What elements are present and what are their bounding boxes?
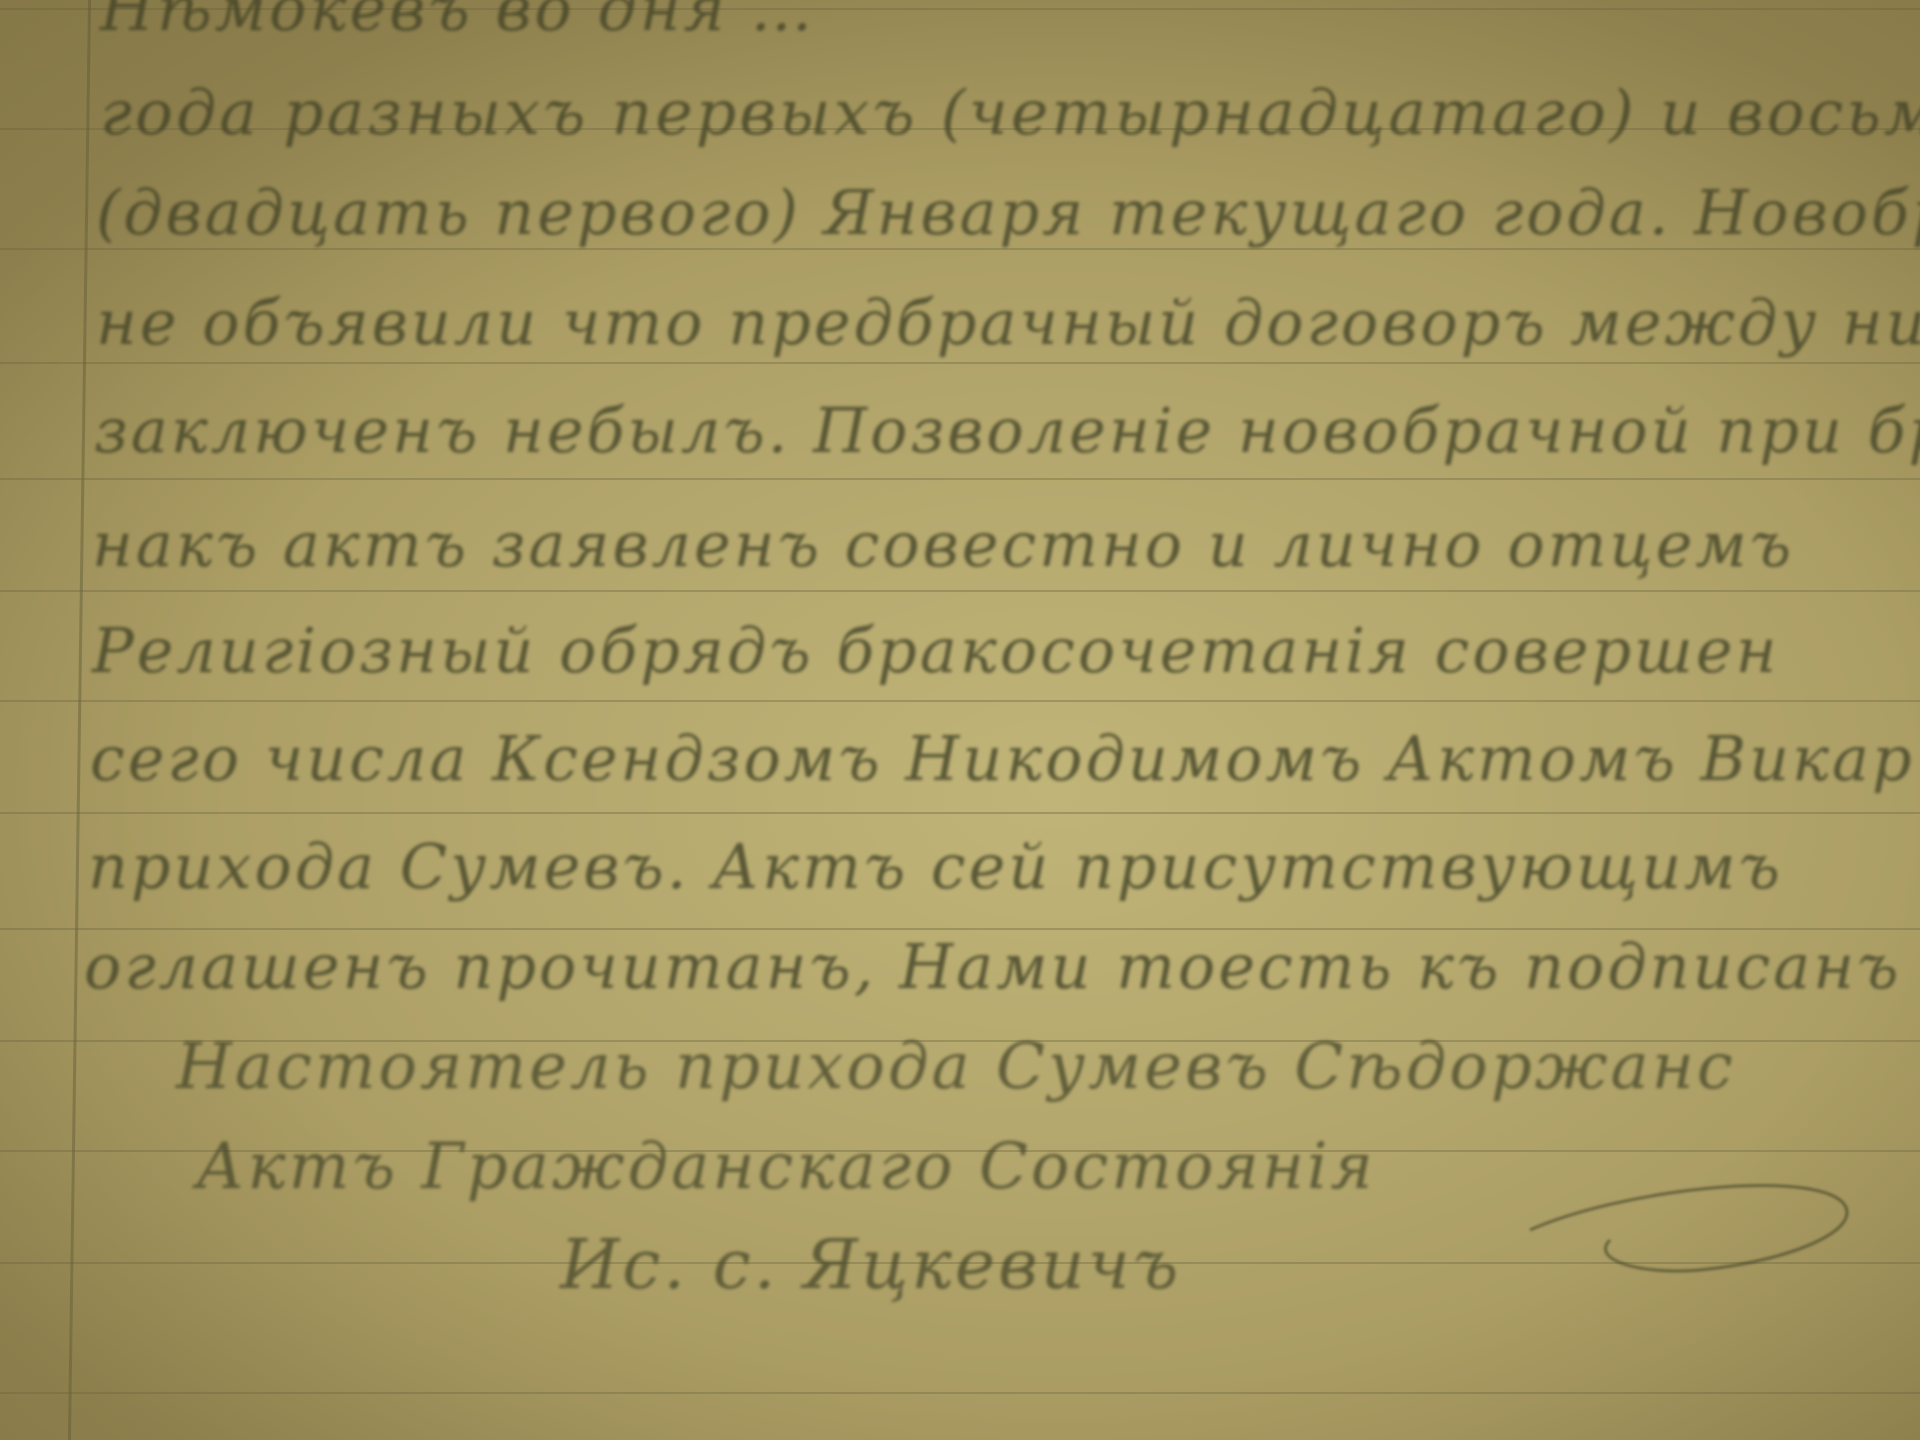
text-line-7: Религіозный обрядъ бракосочетанія соверш… [92,614,1779,687]
ruled-line [0,478,1920,480]
signature-office-line: Актъ Гражданскаго Состоянія [196,1130,1376,1204]
ruled-line [0,1392,1920,1394]
signature: Ис. с. Яцкевичъ [560,1226,1181,1305]
ruled-line [0,362,1920,364]
text-line-9: прихода Сумевъ. Актъ сей присутствующимъ [88,830,1783,903]
text-line-6: накъ актъ заявленъ совестно и лично отце… [92,508,1794,581]
signature-title-line: Настоятель прихода Сумевъ Сѣдоржанс [176,1030,1736,1104]
margin-line [68,0,91,1440]
text-line-4: не объявили что предбрачный договоръ меж… [96,286,1920,359]
text-line-8: сего числа Ксендзомъ Никодимомъ Актомъ В… [90,722,1915,795]
document-page: Нѣмокевъ во дня … года разныхъ первыхъ (… [0,0,1920,1440]
text-line-5: заключенъ небылъ. Позволеніе новобрачной… [94,394,1920,467]
text-line-3: (двадцать первого) Января текущаго года.… [96,176,1920,249]
text-line-1: Нѣмокевъ во дня … [100,0,815,45]
text-line-2: года разныхъ первыхъ (четырнадцатаго) и … [100,76,1920,149]
ruled-line [0,812,1920,814]
ruled-line [0,590,1920,592]
text-line-10: оглашенъ прочитанъ, Нами тоесть къ подпи… [84,930,1901,1003]
ruled-line [0,700,1920,702]
